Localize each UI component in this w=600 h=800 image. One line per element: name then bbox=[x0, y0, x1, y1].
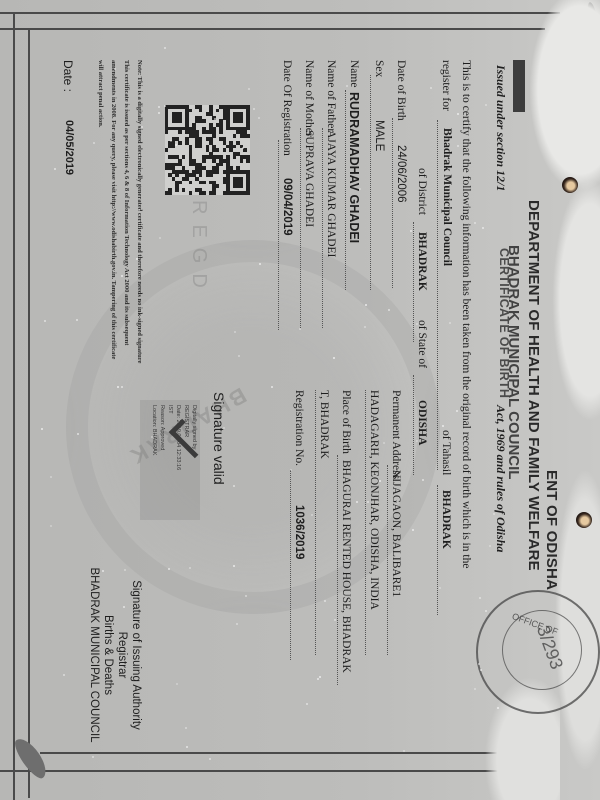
qr-module bbox=[209, 130, 213, 134]
authority-line: Births & Deaths bbox=[102, 540, 114, 770]
qr-module bbox=[192, 134, 196, 138]
frame-border bbox=[28, 28, 30, 798]
father-label: Name of Father bbox=[325, 60, 337, 132]
qr-module bbox=[223, 148, 227, 152]
paper-speck bbox=[76, 319, 78, 321]
paper-speck bbox=[317, 678, 319, 680]
paper-speck bbox=[474, 222, 476, 224]
registration-date-label: Date Of Registration bbox=[281, 60, 293, 156]
qr-module bbox=[175, 163, 179, 167]
place-of-birth-line2: T, BHADRAK bbox=[318, 390, 330, 459]
qr-module bbox=[172, 170, 176, 174]
qr-module bbox=[246, 159, 250, 163]
dotted-line bbox=[387, 465, 388, 655]
district-label: of District bbox=[416, 168, 428, 215]
name-value: RUDRAMADHAV GHADEI bbox=[347, 92, 361, 243]
qr-code bbox=[165, 105, 250, 195]
punch-hole bbox=[562, 177, 578, 193]
paper-speck bbox=[175, 144, 177, 146]
qr-module bbox=[209, 141, 213, 145]
qr-module bbox=[168, 166, 172, 170]
qr-module bbox=[216, 155, 220, 159]
qr-module bbox=[240, 170, 244, 174]
paper-speck bbox=[482, 227, 484, 229]
qr-module bbox=[212, 148, 216, 152]
qr-module bbox=[233, 127, 237, 131]
issue-date-value: 04/05/2019 bbox=[63, 120, 75, 175]
dotted-line bbox=[278, 140, 279, 330]
qr-module bbox=[223, 191, 227, 195]
paper-speck bbox=[457, 145, 459, 147]
paper-speck bbox=[319, 676, 321, 678]
place-of-birth-line1: BHAGURAI RENTED HOUSE, BHADRAK bbox=[340, 460, 352, 673]
qr-module bbox=[168, 155, 172, 159]
qr-module bbox=[175, 188, 179, 192]
paper-speck bbox=[185, 727, 187, 729]
note-line: amendments in 2008. For any query, pleas… bbox=[110, 60, 117, 359]
qr-module bbox=[168, 173, 172, 177]
qr-module bbox=[168, 127, 172, 131]
qr-module bbox=[226, 191, 230, 195]
qr-module bbox=[233, 145, 237, 149]
qr-module bbox=[212, 134, 216, 138]
father-value: AJAYA KUMAR GHADEI bbox=[325, 130, 337, 257]
qr-module bbox=[212, 159, 216, 163]
dotted-line bbox=[365, 390, 366, 655]
sex-label: Sex bbox=[373, 60, 385, 77]
qr-module bbox=[165, 191, 169, 195]
paper-speck bbox=[258, 117, 260, 119]
qr-module bbox=[240, 119, 244, 123]
certificate-title: CERTIFICATE OF BIRTH bbox=[497, 248, 511, 398]
note-line: Note: This is a digitally signed electro… bbox=[136, 60, 143, 363]
qr-module bbox=[223, 141, 227, 145]
register-for-value: Bhadrak Municipal Council bbox=[441, 128, 453, 266]
qr-module bbox=[178, 163, 182, 167]
signature-detail: Location: BHADRAK bbox=[150, 405, 157, 455]
qr-module bbox=[223, 159, 227, 163]
qr-module bbox=[202, 119, 206, 123]
qr-module bbox=[195, 177, 199, 181]
qr-module bbox=[178, 141, 182, 145]
dob-value: 24/06/2006 bbox=[395, 145, 407, 203]
qr-module bbox=[236, 141, 240, 145]
paper-speck bbox=[478, 663, 480, 665]
paper-speck bbox=[486, 104, 488, 106]
frame-border bbox=[13, 12, 15, 800]
qr-module bbox=[240, 105, 244, 109]
qr-module bbox=[229, 148, 233, 152]
frame-border bbox=[40, 752, 540, 754]
qr-module bbox=[212, 191, 216, 195]
paper-speck bbox=[324, 600, 326, 602]
qr-module bbox=[246, 127, 250, 131]
registration-watermark: REGD bbox=[187, 200, 210, 298]
qr-module bbox=[189, 191, 193, 195]
qr-module bbox=[209, 191, 213, 195]
paper-speck bbox=[253, 108, 255, 110]
authority-line: Signature of Issuing Authority bbox=[130, 540, 142, 770]
qr-module bbox=[236, 170, 240, 174]
frame-border bbox=[0, 12, 560, 14]
note-line: will attract penal action. bbox=[97, 60, 104, 128]
qr-module bbox=[172, 127, 176, 131]
qr-module bbox=[209, 181, 213, 185]
qr-module bbox=[240, 134, 244, 138]
qr-module bbox=[233, 170, 237, 174]
punch-hole bbox=[576, 512, 592, 528]
state-value: ODISHA bbox=[416, 400, 428, 445]
qr-module bbox=[195, 145, 199, 149]
paper-speck bbox=[117, 386, 119, 388]
qr-module bbox=[229, 170, 233, 174]
qr-module bbox=[206, 112, 210, 116]
dotted-line bbox=[413, 222, 414, 342]
paper-speck bbox=[457, 113, 459, 115]
qr-module bbox=[195, 119, 199, 123]
qr-module bbox=[229, 105, 233, 109]
paper-speck bbox=[223, 427, 225, 429]
qr-module bbox=[236, 191, 240, 195]
qr-module bbox=[199, 181, 203, 185]
qr-module bbox=[209, 155, 213, 159]
intro-text: This is to certify that the following in… bbox=[460, 60, 472, 568]
paper-speck bbox=[186, 746, 188, 748]
corner-flourish-icon bbox=[10, 734, 51, 782]
paper-speck bbox=[306, 703, 308, 705]
registration-date-value: 09/04/2019 bbox=[281, 178, 293, 236]
qr-module bbox=[229, 191, 233, 195]
qr-module bbox=[199, 145, 203, 149]
qr-module bbox=[209, 173, 213, 177]
signature-detail: IST bbox=[166, 405, 173, 414]
place-of-birth-label: Place of Birth bbox=[340, 390, 352, 454]
address-label: Permanent Address bbox=[390, 390, 402, 479]
qr-module bbox=[223, 181, 227, 185]
qr-module bbox=[209, 112, 213, 116]
dotted-line bbox=[290, 470, 291, 660]
qr-module bbox=[219, 163, 223, 167]
qr-module bbox=[178, 119, 182, 123]
qr-module bbox=[168, 145, 172, 149]
qr-module bbox=[223, 170, 227, 174]
paper-speck bbox=[233, 485, 235, 487]
address-line1: NIJAGAON, BALIBARE1 bbox=[390, 470, 402, 597]
issued-under-text: Issued under section 12/1 bbox=[493, 65, 508, 191]
paper-speck bbox=[234, 331, 236, 333]
paper-speck bbox=[439, 587, 441, 589]
dotted-line bbox=[392, 118, 393, 288]
qr-module bbox=[233, 155, 237, 159]
qr-module bbox=[199, 173, 203, 177]
paper-speck bbox=[44, 320, 46, 322]
note-line: This certificate is issued as per sectio… bbox=[123, 60, 130, 345]
paper-speck bbox=[151, 436, 153, 438]
mother-label: Name of Mother bbox=[303, 60, 315, 137]
qr-module bbox=[243, 105, 247, 109]
qr-module bbox=[202, 159, 206, 163]
qr-module bbox=[206, 148, 210, 152]
qr-module bbox=[206, 173, 210, 177]
paper-speck bbox=[442, 425, 444, 427]
qr-module bbox=[219, 130, 223, 134]
paper-speck bbox=[346, 85, 348, 87]
address-line2: HADAGARH, KEONJHAR, ODISHA, INDIA bbox=[368, 390, 380, 610]
paper-speck bbox=[412, 529, 414, 531]
paper-speck bbox=[248, 88, 250, 90]
paper-speck bbox=[159, 237, 161, 239]
paper-speck bbox=[158, 112, 160, 114]
qr-module bbox=[236, 105, 240, 109]
qr-module bbox=[178, 170, 182, 174]
qr-module bbox=[216, 148, 220, 152]
qr-module bbox=[178, 130, 182, 134]
paper-speck bbox=[164, 47, 166, 49]
qr-module bbox=[175, 137, 179, 141]
paper-speck bbox=[41, 428, 43, 430]
paper-speck bbox=[367, 501, 369, 503]
qr-module bbox=[199, 119, 203, 123]
paper-speck bbox=[141, 126, 143, 128]
paper-speck bbox=[290, 469, 292, 471]
qr-module bbox=[236, 130, 240, 134]
qr-module bbox=[233, 184, 237, 188]
dotted-line bbox=[370, 75, 371, 290]
dotted-line bbox=[345, 90, 346, 290]
authority-line: BHADRAK MUNICIPAL COUNCIL bbox=[88, 540, 100, 770]
qr-module bbox=[178, 181, 182, 185]
qr-module bbox=[189, 173, 193, 177]
dotted-line bbox=[322, 128, 323, 328]
qr-module bbox=[226, 127, 230, 131]
paper-speck bbox=[63, 674, 65, 676]
qr-module bbox=[185, 177, 189, 181]
paper-speck bbox=[497, 707, 499, 709]
tahasil-label: of Tahasil bbox=[440, 430, 452, 475]
qr-module bbox=[175, 105, 179, 109]
qr-module bbox=[189, 181, 193, 185]
paper-speck bbox=[54, 168, 56, 170]
sex-value: MALE bbox=[373, 120, 385, 151]
qr-module bbox=[226, 145, 230, 149]
issue-date-label: Date : bbox=[61, 60, 75, 92]
qr-module bbox=[199, 109, 203, 113]
register-for-label: register for bbox=[440, 60, 452, 111]
qr-module bbox=[240, 184, 244, 188]
dotted-line bbox=[413, 375, 414, 475]
paper-speck bbox=[456, 410, 458, 412]
qr-module bbox=[206, 130, 210, 134]
qr-module bbox=[212, 170, 216, 174]
paper-speck bbox=[334, 619, 336, 621]
qr-module bbox=[175, 155, 179, 159]
qr-module bbox=[219, 137, 223, 141]
registration-no-label: Registration No. bbox=[293, 390, 305, 466]
issued-under-text-end: Act, 1969 and rules of Odisha bbox=[493, 405, 508, 552]
qr-module bbox=[233, 105, 237, 109]
qr-module bbox=[182, 105, 186, 109]
name-label: Name bbox=[348, 60, 360, 87]
qr-module bbox=[216, 109, 220, 113]
qr-module bbox=[236, 152, 240, 156]
qr-module bbox=[223, 116, 227, 120]
qr-module bbox=[189, 134, 193, 138]
qr-module bbox=[216, 123, 220, 127]
paper-speck bbox=[170, 140, 172, 142]
paper-speck bbox=[158, 106, 160, 108]
qr-module bbox=[233, 134, 237, 138]
paper-speck bbox=[209, 758, 211, 760]
dotted-line bbox=[437, 120, 438, 470]
paper-speck bbox=[403, 750, 405, 752]
qr-module bbox=[189, 109, 193, 113]
qr-module bbox=[202, 166, 206, 170]
paper-speck bbox=[50, 476, 52, 478]
authority-line: Registrar bbox=[116, 540, 128, 770]
qr-module bbox=[195, 188, 199, 192]
dotted-line bbox=[300, 128, 301, 328]
paper-speck bbox=[430, 87, 432, 89]
paper-speck bbox=[480, 669, 482, 671]
qr-module bbox=[168, 191, 172, 195]
qr-module bbox=[182, 188, 186, 192]
qr-module bbox=[168, 105, 172, 109]
qr-module bbox=[243, 170, 247, 174]
qr-module bbox=[233, 119, 237, 123]
paper-speck bbox=[168, 568, 170, 570]
qr-module bbox=[185, 130, 189, 134]
qr-module bbox=[229, 127, 233, 131]
qr-module bbox=[206, 155, 210, 159]
paper-speck bbox=[176, 683, 178, 685]
qr-module bbox=[246, 191, 250, 195]
qr-module bbox=[236, 184, 240, 188]
mother-value: SUPRAVA GHADEI bbox=[303, 130, 315, 227]
qr-module bbox=[172, 119, 176, 123]
qr-module bbox=[182, 170, 186, 174]
district-value: BHADRAK bbox=[416, 232, 428, 291]
qr-module bbox=[202, 130, 206, 134]
paper-speck bbox=[449, 322, 451, 324]
qr-module bbox=[202, 181, 206, 185]
dob-label: Date of Birth bbox=[395, 60, 407, 121]
qr-module bbox=[175, 119, 179, 123]
qr-module bbox=[182, 177, 186, 181]
qr-module bbox=[178, 105, 182, 109]
qr-module bbox=[233, 191, 237, 195]
dotted-line bbox=[315, 390, 316, 655]
qr-module bbox=[172, 105, 176, 109]
paper-speck bbox=[489, 545, 491, 547]
qr-module bbox=[246, 134, 250, 138]
dotted-line bbox=[337, 455, 338, 685]
qr-module bbox=[165, 130, 169, 134]
qr-module bbox=[192, 173, 196, 177]
qr-module bbox=[243, 134, 247, 138]
qr-module bbox=[175, 127, 179, 131]
dotted-line bbox=[437, 485, 438, 615]
registration-no-value: 1036/2019 bbox=[293, 505, 305, 559]
qr-module bbox=[195, 170, 199, 174]
qr-module bbox=[236, 119, 240, 123]
qr-module bbox=[172, 177, 176, 181]
qr-module bbox=[202, 191, 206, 195]
qr-module bbox=[165, 148, 169, 152]
paper-speck bbox=[50, 525, 52, 527]
birth-certificate: DEPARTMENT OF HEALTH AND FAMILY WELFARE … bbox=[0, 0, 600, 800]
qr-module bbox=[185, 141, 189, 145]
qr-module bbox=[243, 155, 247, 159]
paper-speck bbox=[93, 142, 95, 144]
paper-speck bbox=[236, 623, 238, 625]
frame-border bbox=[0, 28, 545, 30]
qr-module bbox=[175, 173, 179, 177]
state-label: of State of bbox=[416, 320, 428, 368]
qr-module bbox=[243, 191, 247, 195]
tahasil-value: BHADRAK bbox=[440, 490, 452, 549]
qr-module bbox=[219, 105, 223, 109]
qr-module bbox=[199, 191, 203, 195]
qr-module bbox=[216, 184, 220, 188]
qr-module bbox=[182, 155, 186, 159]
qr-module bbox=[195, 105, 199, 109]
qr-module bbox=[189, 163, 193, 167]
qr-module bbox=[216, 170, 220, 174]
qr-module bbox=[192, 163, 196, 167]
qr-module bbox=[172, 155, 176, 159]
paper-speck bbox=[359, 188, 361, 190]
qr-module bbox=[240, 159, 244, 163]
signature-status: Signature valid bbox=[211, 392, 227, 485]
qr-module bbox=[240, 191, 244, 195]
qr-module bbox=[182, 127, 186, 131]
signature-detail: Reason: Approved bbox=[158, 405, 165, 450]
qr-module bbox=[165, 166, 169, 170]
qr-module bbox=[206, 137, 210, 141]
